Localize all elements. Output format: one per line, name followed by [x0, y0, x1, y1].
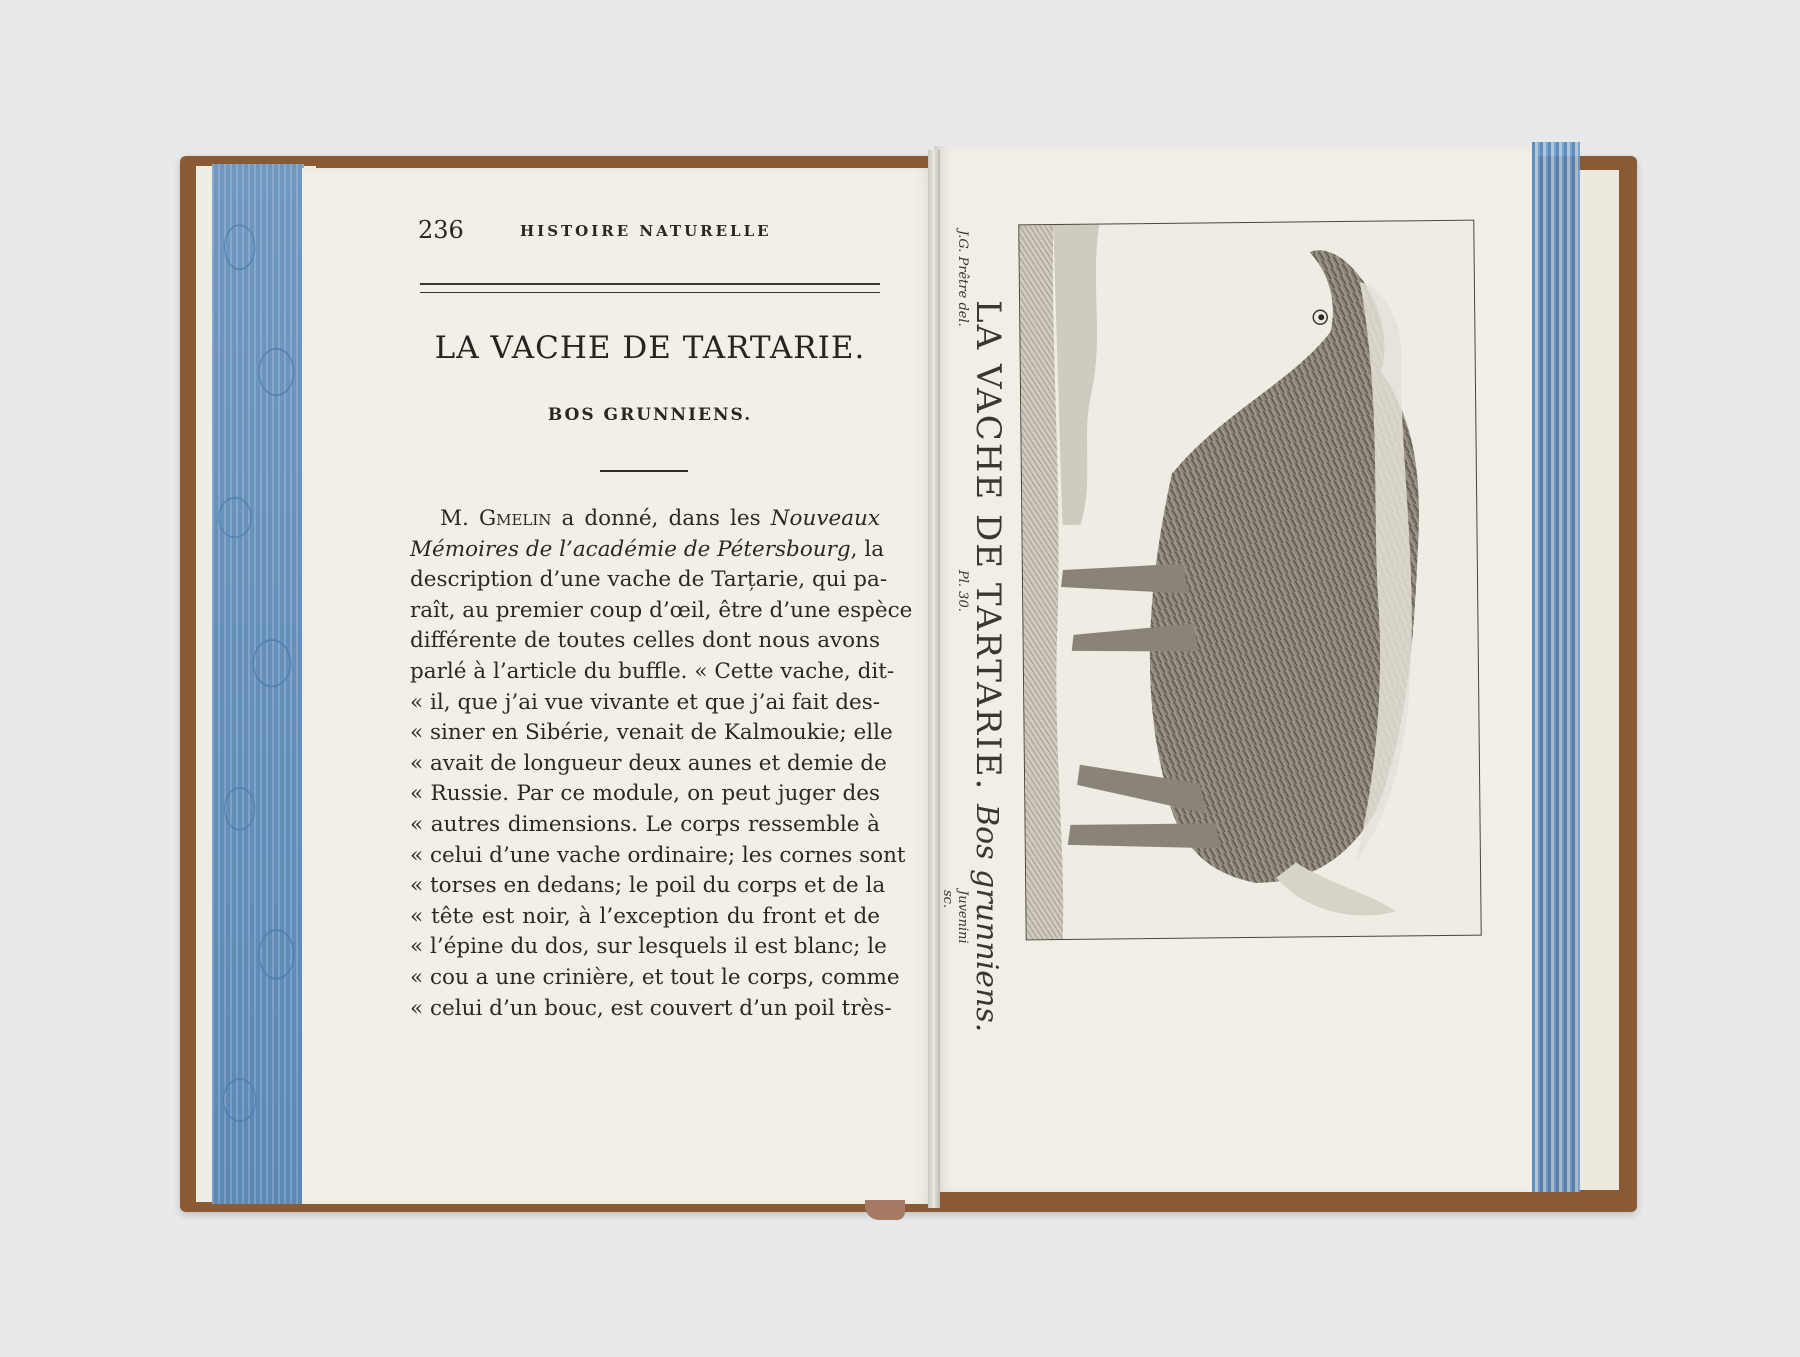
text-line: « autres dimensions. Le corps ressemble … — [410, 810, 880, 841]
text-line: « siner en Sibérie, venait de Kalmoukie;… — [410, 718, 880, 749]
section-rule — [600, 470, 688, 472]
text-line: « celui d’un bouc, est couvert d’un poil… — [410, 994, 880, 1025]
plate-title: LA VACHE DE TARTARIE. Bos grunniens. — [968, 300, 1008, 1032]
text-line: « l’épine du dos, sur lesquels il est bl… — [410, 932, 880, 963]
running-head: 236 HISTOIRE NATURELLE — [418, 216, 888, 244]
marbled-page-edge-left — [212, 164, 304, 1204]
book-gutter — [928, 150, 940, 1208]
plate-latin-name: Bos grunniens. — [969, 804, 1004, 1032]
plate-caption: J.G. Prêtre del. Pl. 30. Juvenini sc. LA… — [948, 230, 1018, 950]
text-line: « celui d’une vache ordinaire; les corne… — [410, 841, 880, 872]
text-line: « cou a une crinière, et tout le corps, … — [410, 963, 880, 994]
text-line: « tête est noir, à l’exception du front … — [410, 902, 880, 933]
chapter-title: LA VACHE DE TARTARIE. — [410, 330, 890, 366]
body-text: M. Gmelin a donné, dans les Nouveaux Mém… — [410, 504, 880, 1024]
text-line: « il, que j’ai vue vivante et que j’ai f… — [410, 688, 880, 719]
text-line: « Russie. Par ce module, on peut juger d… — [410, 779, 880, 810]
running-head-title: HISTOIRE NATURELLE — [520, 222, 772, 240]
text-line: Mémoires de l’académie de Pétersbourg, l… — [410, 535, 880, 566]
header-double-rule — [420, 283, 880, 293]
blue-page-edge-right — [1532, 142, 1580, 1192]
text-line: « avait de longueur deux aunes et demie … — [410, 749, 880, 780]
text-line: « torses en dedans; le poil du corps et … — [410, 871, 880, 902]
engraved-plate — [1018, 220, 1481, 941]
text-line: différente de toutes celles dont nous av… — [410, 626, 880, 657]
text-line: raît, au premier coup d’œil, être d’une … — [410, 596, 880, 627]
bookmark-ribbon — [865, 1200, 905, 1220]
text-line: parlé à l’article du buffle. « Cette vac… — [410, 657, 880, 688]
chapter-subtitle: BOS GRUNNIENS. — [410, 405, 890, 425]
text-line: description d’une vache de Tarțarie, qui… — [410, 565, 880, 596]
right-endpaper — [1578, 170, 1619, 1190]
plate-engraver-credit: Juvenini sc. — [940, 890, 970, 950]
text-line: M. Gmelin a donné, dans les Nouveaux — [410, 504, 880, 535]
page-number: 236 — [418, 216, 464, 244]
yak-engraving-icon — [1019, 221, 1480, 940]
